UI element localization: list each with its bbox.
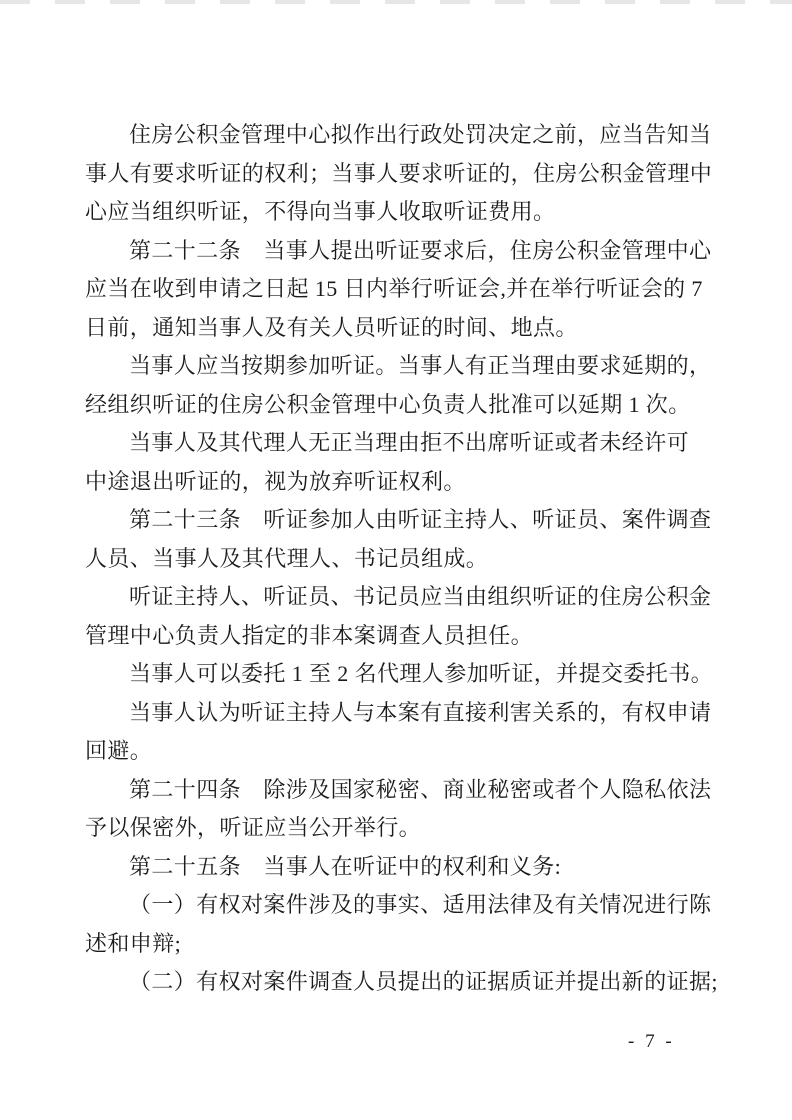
text-line: （二）有权对案件调查人员提出的证据质证并提出新的证据; bbox=[85, 963, 717, 1002]
text-line: 第二十五条 当事人在听证中的权利和义务: bbox=[85, 848, 717, 887]
text-line: 当事人认为听证主持人与本案有直接利害关系的，有权申请 bbox=[85, 694, 717, 733]
text-line: 听证主持人、听证员、书记员应当由组织听证的住房公积金 bbox=[85, 578, 717, 617]
text-line: 管理中心负责人指定的非本案调查人员担任。 bbox=[85, 617, 717, 656]
text-line: 第二十四条 除涉及国家秘密、商业秘密或者个人隐私依法 bbox=[85, 771, 717, 810]
text-line: 应当在收到申请之日起 15 日内举行听证会,并在举行听证会的 7 bbox=[85, 270, 717, 309]
scan-artifact-top bbox=[0, 0, 792, 4]
text-line: 人员、当事人及其代理人、书记员组成。 bbox=[85, 540, 717, 579]
text-line: 当事人及其代理人无正当理由拒不出席听证或者未经许可 bbox=[85, 424, 717, 463]
text-line: 回避。 bbox=[85, 732, 717, 771]
page-number: - 7 - bbox=[628, 1031, 675, 1053]
text-line: 心应当组织听证，不得向当事人收取听证费用。 bbox=[85, 193, 717, 232]
text-line: （一）有权对案件涉及的事实、适用法律及有关情况进行陈 bbox=[85, 886, 717, 925]
text-line: 中途退出听证的，视为放弃听证权利。 bbox=[85, 463, 717, 502]
text-line: 第二十三条 听证参加人由听证主持人、听证员、案件调查 bbox=[85, 501, 717, 540]
document-page: 住房公积金管理中心拟作出行政处罚决定之前，应当告知当事人有要求听证的权利；当事人… bbox=[0, 0, 792, 1120]
text-line: 事人有要求听证的权利；当事人要求听证的，住房公积金管理中 bbox=[85, 155, 717, 194]
text-line: 第二十二条 当事人提出听证要求后，住房公积金管理中心 bbox=[85, 232, 717, 271]
text-line: 述和申辩; bbox=[85, 925, 717, 964]
text-line: 日前，通知当事人及有关人员听证的时间、地点。 bbox=[85, 309, 717, 348]
text-line: 予以保密外，听证应当公开举行。 bbox=[85, 809, 717, 848]
text-line: 住房公积金管理中心拟作出行政处罚决定之前，应当告知当 bbox=[85, 116, 717, 155]
text-line: 当事人应当按期参加听证。当事人有正当理由要求延期的， bbox=[85, 347, 717, 386]
text-line: 当事人可以委托 1 至 2 名代理人参加听证，并提交委托书。 bbox=[85, 655, 717, 694]
document-body: 住房公积金管理中心拟作出行政处罚决定之前，应当告知当事人有要求听证的权利；当事人… bbox=[85, 116, 717, 1002]
text-line: 经组织听证的住房公积金管理中心负责人批准可以延期 1 次。 bbox=[85, 386, 717, 425]
